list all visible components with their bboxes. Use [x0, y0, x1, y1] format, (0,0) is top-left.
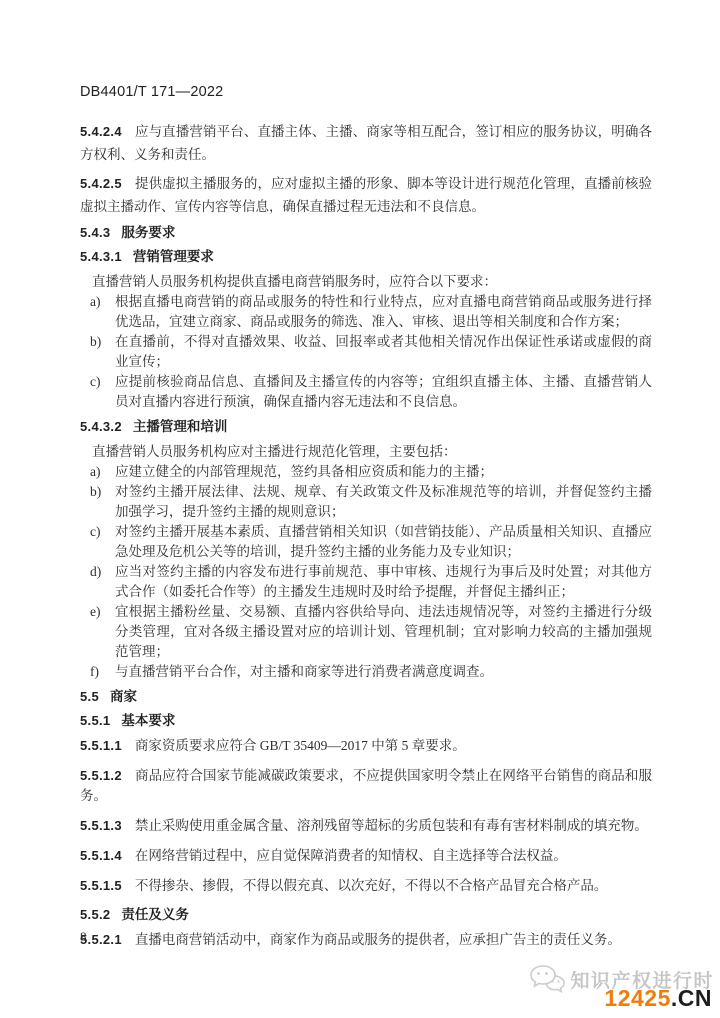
list-item: c)应提前核验商品信息、直播间及主播宣传的内容等；宜组织直播主体、主播、直播营销…	[90, 372, 652, 412]
watermark-site-number: 12425	[604, 985, 670, 1011]
heading-number: 5.4.3.1	[80, 249, 122, 264]
list-item-text: 应提前核验商品信息、直播间及主播宣传的内容等；宜组织直播主体、主播、直播营销人员…	[115, 372, 652, 412]
watermark-site: 12425.CN	[529, 987, 712, 1010]
list-item-label: e)	[90, 602, 115, 662]
list-item-text: 对签约主播开展基本素质、直播营销相关知识（如营销技能）、产品质量相关知识、直播应…	[115, 522, 652, 562]
list-item-text: 应建立健全的内部管理规范，签约具备相应资质和能力的主播；	[115, 462, 652, 482]
list-item: f)与直播营销平台合作，对主播和商家等进行消费者满意度调查。	[90, 662, 652, 682]
heading-title: 商家	[110, 689, 137, 704]
list-item-label: a)	[90, 462, 115, 482]
document-page: DB4401/T 171—2022 5.4.2.4应与直播营销平台、直播主体、主…	[0, 0, 720, 1018]
list-item-label: c)	[90, 372, 115, 412]
list-item-label: c)	[90, 522, 115, 562]
clause-number: 5.4.2.4	[80, 124, 122, 139]
heading-title: 主播管理和培训	[133, 419, 228, 434]
list-item: b)对签约主播开展法律、法规、规章、有关政策文件及标准规范等的培训，并督促签约主…	[90, 482, 652, 522]
page-number: 8	[80, 929, 87, 945]
list-item: a)根据直播电商营销的商品或服务的特性和行业特点，应对直播电商营销商品或服务进行…	[90, 292, 652, 332]
list-item-label: a)	[90, 292, 115, 332]
heading-title: 营销管理要求	[133, 249, 214, 264]
clause-text: 应与直播营销平台、直播主体、主播、商家等相互配合，签订相应的服务协议，明确各方权…	[80, 124, 652, 162]
list-item: b)在直播前，不得对直播效果、收益、回报率或者其他相关情况作出保证性承诺或虚假的…	[90, 332, 652, 372]
heading-number: 5.5.2	[80, 907, 110, 922]
list-item-text: 应当对签约主播的内容发布进行事前规范、事中审核、违规行为事后及时处置；对其他方式…	[115, 562, 652, 602]
intro-paragraph: 直播营销人员服务机构应对主播进行规范化管理，主要包括：	[92, 442, 652, 462]
list-item-text: 对签约主播开展法律、法规、规章、有关政策文件及标准规范等的培训，并督促签约主播加…	[115, 482, 652, 522]
heading-title: 服务要求	[121, 225, 175, 240]
clause-5-4-2-5: 5.4.2.5提供虚拟主播服务的，应对虚拟主播的形象、脚本等设计进行规范化管理，…	[80, 172, 652, 218]
clause-text: 商品应符合国家节能减碳政策要求，不应提供国家明令禁止在网络平台销售的商品和服务。	[80, 768, 652, 803]
heading-5-4-3-2: 5.4.3.2主播管理和培训	[80, 418, 652, 435]
clause-5-5-1-5: 5.5.1.5不得掺杂、掺假，不得以假充真、以次充好，不得以不合格产品冒充合格产…	[80, 876, 652, 896]
heading-title: 责任及义务	[121, 907, 189, 922]
list-item: a)应建立健全的内部管理规范，签约具备相应资质和能力的主播；	[90, 462, 652, 482]
clause-5-4-2-4: 5.4.2.4应与直播营销平台、直播主体、主播、商家等相互配合，签订相应的服务协…	[80, 120, 652, 166]
heading-5-5-2: 5.5.2责任及义务	[80, 906, 652, 923]
watermark: 知识产权进行时 12425.CN	[529, 964, 714, 1010]
clause-5-5-2-1: 5.5.2.1直播电商营销活动中，商家作为商品或服务的提供者，应承担广告主的责任…	[80, 930, 652, 950]
list-item: d)应当对签约主播的内容发布进行事前规范、事中审核、违规行为事后及时处置；对其他…	[90, 562, 652, 602]
intro-paragraph: 直播营销人员服务机构提供直播电商营销服务时，应符合以下要求：	[92, 272, 652, 292]
list-item: c)对签约主播开展基本素质、直播营销相关知识（如营销技能）、产品质量相关知识、直…	[90, 522, 652, 562]
watermark-site-tld: .CN	[671, 985, 712, 1011]
lettered-list-anchor-management: a)应建立健全的内部管理规范，签约具备相应资质和能力的主播； b)对签约主播开展…	[90, 462, 652, 682]
heading-number: 5.4.3.2	[80, 419, 122, 434]
clause-number: 5.4.2.5	[80, 176, 122, 191]
clause-5-5-1-4: 5.5.1.4在网络营销过程中，应自觉保障消费者的知情权、自主选择等合法权益。	[80, 846, 652, 866]
heading-title: 基本要求	[121, 713, 175, 728]
heading-number: 5.4.3	[80, 225, 110, 240]
clause-5-5-1-1: 5.5.1.1商家资质要求应符合 GB/T 35409—2017 中第 5 章要…	[80, 736, 652, 756]
clause-text: 直播电商营销活动中，商家作为商品或服务的提供者，应承担广告主的责任义务。	[135, 932, 621, 947]
clause-5-5-1-3: 5.5.1.3禁止采购使用重金属含量、溶剂残留等超标的劣质包装和有毒有害材料制成…	[80, 816, 652, 836]
list-item-label: b)	[90, 332, 115, 372]
heading-number: 5.5.1	[80, 713, 110, 728]
list-item-text: 与直播营销平台合作，对主播和商家等进行消费者满意度调查。	[115, 662, 652, 682]
doc-code: DB4401/T 171—2022	[80, 84, 652, 100]
heading-5-4-3: 5.4.3服务要求	[80, 224, 652, 241]
clause-number: 5.5.1.2	[80, 768, 122, 783]
clause-text: 在网络营销过程中，应自觉保障消费者的知情权、自主选择等合法权益。	[135, 848, 567, 863]
clause-text: 提供虚拟主播服务的，应对虚拟主播的形象、脚本等设计进行规范化管理，直播前核验虚拟…	[80, 176, 652, 214]
heading-number: 5.5	[80, 689, 99, 704]
clause-number: 5.5.1.4	[80, 848, 122, 863]
list-item-text: 在直播前，不得对直播效果、收益、回报率或者其他相关情况作出保证性承诺或虚假的商业…	[115, 332, 652, 372]
heading-5-4-3-1: 5.4.3.1营销管理要求	[80, 248, 652, 265]
heading-5-5: 5.5商家	[80, 688, 652, 705]
list-item-text: 宜根据主播粉丝量、交易额、直播内容供给导向、违法违规情况等，对签约主播进行分级分…	[115, 602, 652, 662]
clause-5-5-1-2: 5.5.1.2商品应符合国家节能减碳政策要求，不应提供国家明令禁止在网络平台销售…	[80, 766, 652, 806]
clause-number: 5.5.1.1	[80, 738, 122, 753]
lettered-list-marketing: a)根据直播电商营销的商品或服务的特性和行业特点，应对直播电商营销商品或服务进行…	[90, 292, 652, 412]
list-item-label: b)	[90, 482, 115, 522]
clause-text: 禁止采购使用重金属含量、溶剂残留等超标的劣质包装和有毒有害材料制成的填充物。	[135, 818, 648, 833]
heading-5-5-1: 5.5.1基本要求	[80, 712, 652, 729]
list-item: e)宜根据主播粉丝量、交易额、直播内容供给导向、违法违规情况等，对签约主播进行分…	[90, 602, 652, 662]
clause-number: 5.5.1.5	[80, 878, 122, 893]
list-item-label: d)	[90, 562, 115, 602]
clause-number: 5.5.1.3	[80, 818, 122, 833]
clause-text: 不得掺杂、掺假，不得以假充真、以次充好，不得以不合格产品冒充合格产品。	[135, 878, 608, 893]
clause-text: 商家资质要求应符合 GB/T 35409—2017 中第 5 章要求。	[135, 738, 466, 753]
list-item-text: 根据直播电商营销的商品或服务的特性和行业特点，应对直播电商营销商品或服务进行择优…	[115, 292, 652, 332]
list-item-label: f)	[90, 662, 115, 682]
